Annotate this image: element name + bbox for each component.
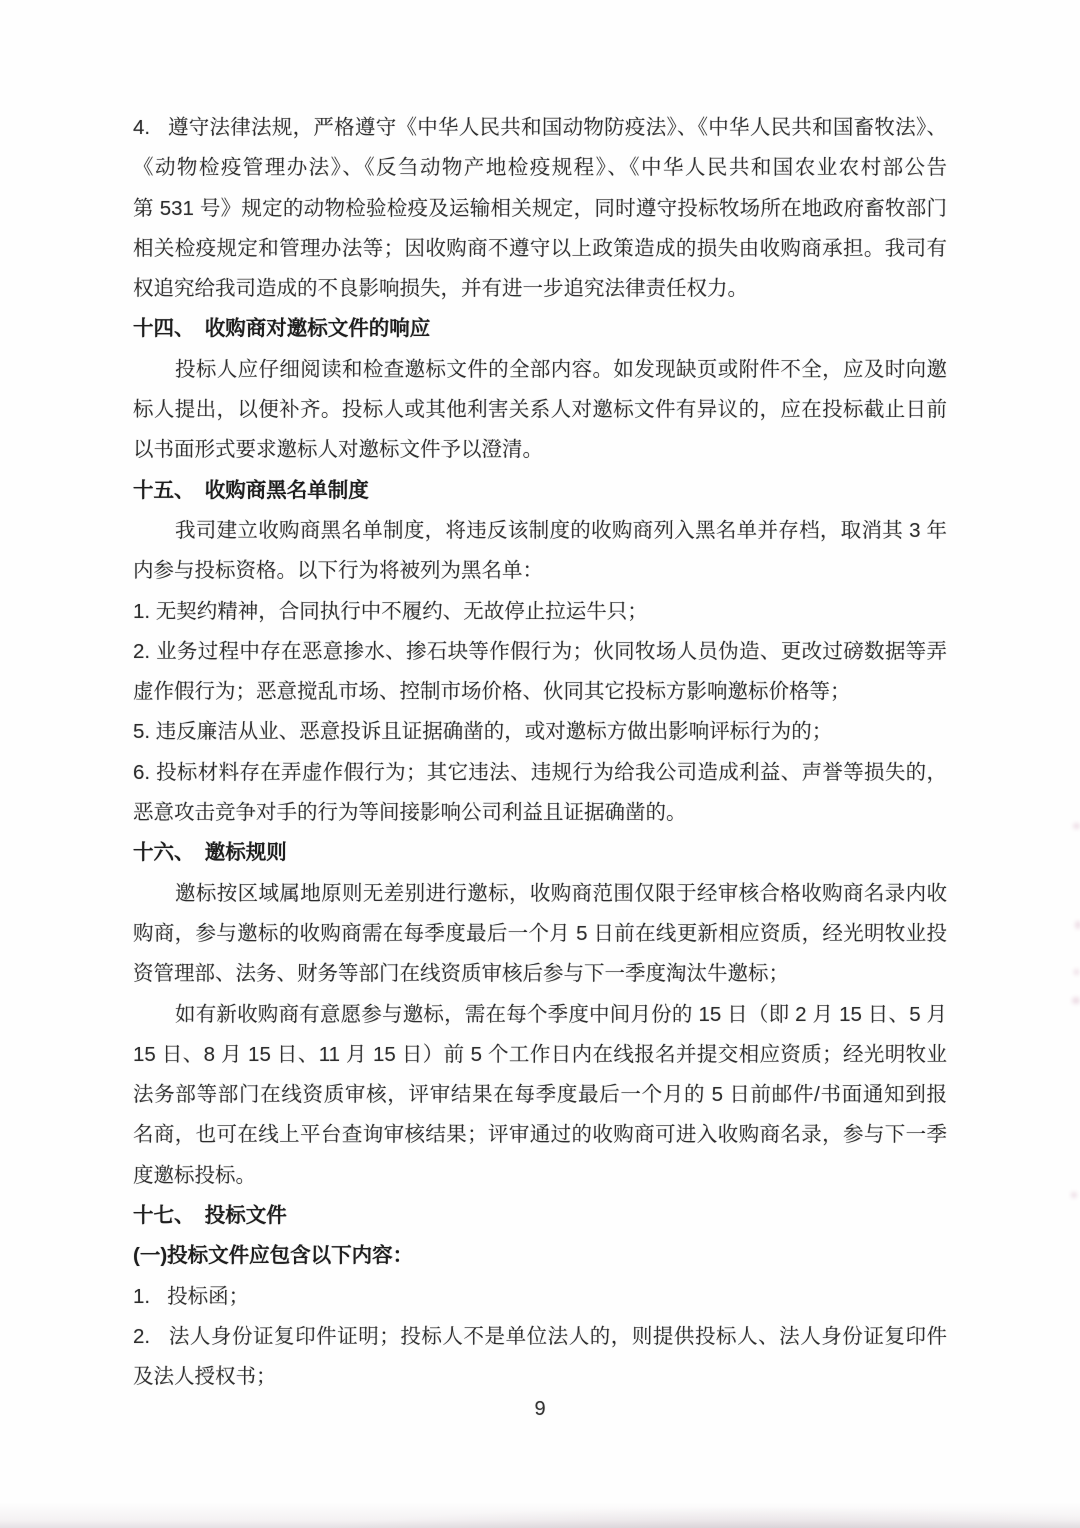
document-text-block: 4. 遵守法律法规，严格遵守《中华人民共和国动物防疫法》、《中华人民共和国畜牧法… [133, 108, 947, 1398]
scan-smudge [1071, 1192, 1077, 1198]
doc-line: 名商，也可在线上平台查询审核结果；评审通过的收购商可进入收购商名录，参与下一季 [133, 1115, 947, 1155]
doc-line: 相关检疫规定和管理办法等；因收购商不遵守以上政策造成的损失由收购商承担。我司有 [133, 229, 947, 269]
list-item-line: 虚作假行为；恶意搅乱市场、控制市场价格、伙同其它投标方影响邀标价格等； [133, 672, 947, 712]
doc-line: 标人提出，以便补齐。投标人或其他利害关系人对邀标文件有异议的，应在投标截止日前 [133, 390, 947, 430]
list-item-line: 1. 无契约精神，合同执行中不履约、无故停止拉运牛只； [133, 592, 947, 632]
doc-line: 第 531 号》规定的动物检验检疫及运输相关规定，同时遵守投标牧场所在地政府畜牧… [133, 189, 947, 229]
doc-line: 《动物检疫管理办法》、《反刍动物产地检疫规程》、《中华人民共和国农业农村部公告 [133, 148, 947, 188]
scan-smudge [1073, 823, 1080, 829]
document-page: 4. 遵守法律法规，严格遵守《中华人民共和国动物防疫法》、《中华人民共和国畜牧法… [0, 0, 1080, 1528]
doc-line: 度邀标投标。 [133, 1156, 947, 1196]
subsection-heading: (一)投标文件应包含以下内容： [133, 1236, 947, 1276]
list-item-line: 1. 投标函； [133, 1277, 947, 1317]
list-item-line: 2. 法人身份证复印件证明；投标人不是单位法人的，则提供投标人、法人身份证复印件 [133, 1317, 947, 1357]
page-number: 9 [0, 1398, 1080, 1421]
doc-line: 邀标按区域属地原则无差别进行邀标，收购商范围仅限于经审核合格收购商名录内收 [133, 874, 947, 914]
section-heading: 十七、 投标文件 [133, 1196, 947, 1236]
list-item-line: 6. 投标材料存在弄虚作假行为；其它违法、违规行为给我公司造成利益、声誉等损失的… [133, 753, 947, 793]
list-item-line: 恶意攻击竞争对手的行为等间接影响公司利益且证据确凿的。 [133, 793, 947, 833]
doc-line: 资管理部、法务、财务等部门在线资质审核后参与下一季度淘汰牛邀标； [133, 954, 947, 994]
scan-smudge [1072, 997, 1080, 1004]
list-item-line: 5. 违反廉洁从业、恶意投诉且证据确凿的，或对邀标方做出影响评标行为的； [133, 712, 947, 752]
doc-line: 权追究给我司造成的不良影响损失，并有进一步追究法律责任权力。 [133, 269, 947, 309]
page-bottom-shadow [0, 1502, 1080, 1528]
doc-line: 我司建立收购商黑名单制度，将违反该制度的收购商列入黑名单并存档，取消其 3 年 [133, 511, 947, 551]
doc-line: 内参与投标资格。以下行为将被列为黑名单： [133, 551, 947, 591]
doc-line: 4. 遵守法律法规，严格遵守《中华人民共和国动物防疫法》、《中华人民共和国畜牧法… [133, 108, 947, 148]
list-item-line: 2. 业务过程中存在恶意掺水、掺石块等作假行为；伙同牧场人员伪造、更改过磅数据等… [133, 632, 947, 672]
doc-line: 投标人应仔细阅读和检查邀标文件的全部内容。如发现缺页或附件不全，应及时向邀 [133, 350, 947, 390]
section-heading: 十四、 收购商对邀标文件的响应 [133, 309, 947, 349]
doc-line: 购商，参与邀标的收购商需在每季度最后一个月 5 日前在线更新相应资质，经光明牧业… [133, 914, 947, 954]
section-heading: 十六、 邀标规则 [133, 833, 947, 873]
scan-smudge [1074, 969, 1079, 975]
doc-line: 如有新收购商有意愿参与邀标，需在每个季度中间月份的 15 日（即 2 月 15 … [133, 995, 947, 1035]
list-item-line: 及法人授权书； [133, 1357, 947, 1397]
scan-smudge [1075, 921, 1080, 929]
section-heading: 十五、 收购商黑名单制度 [133, 471, 947, 511]
doc-line: 法务部等部门在线资质审核，评审结果在每季度最后一个月的 5 日前邮件/书面通知到… [133, 1075, 947, 1115]
doc-line: 15 日、8 月 15 日、11 月 15 日）前 5 个工作日内在线报名并提交… [133, 1035, 947, 1075]
doc-line: 以书面形式要求邀标人对邀标文件予以澄清。 [133, 430, 947, 470]
